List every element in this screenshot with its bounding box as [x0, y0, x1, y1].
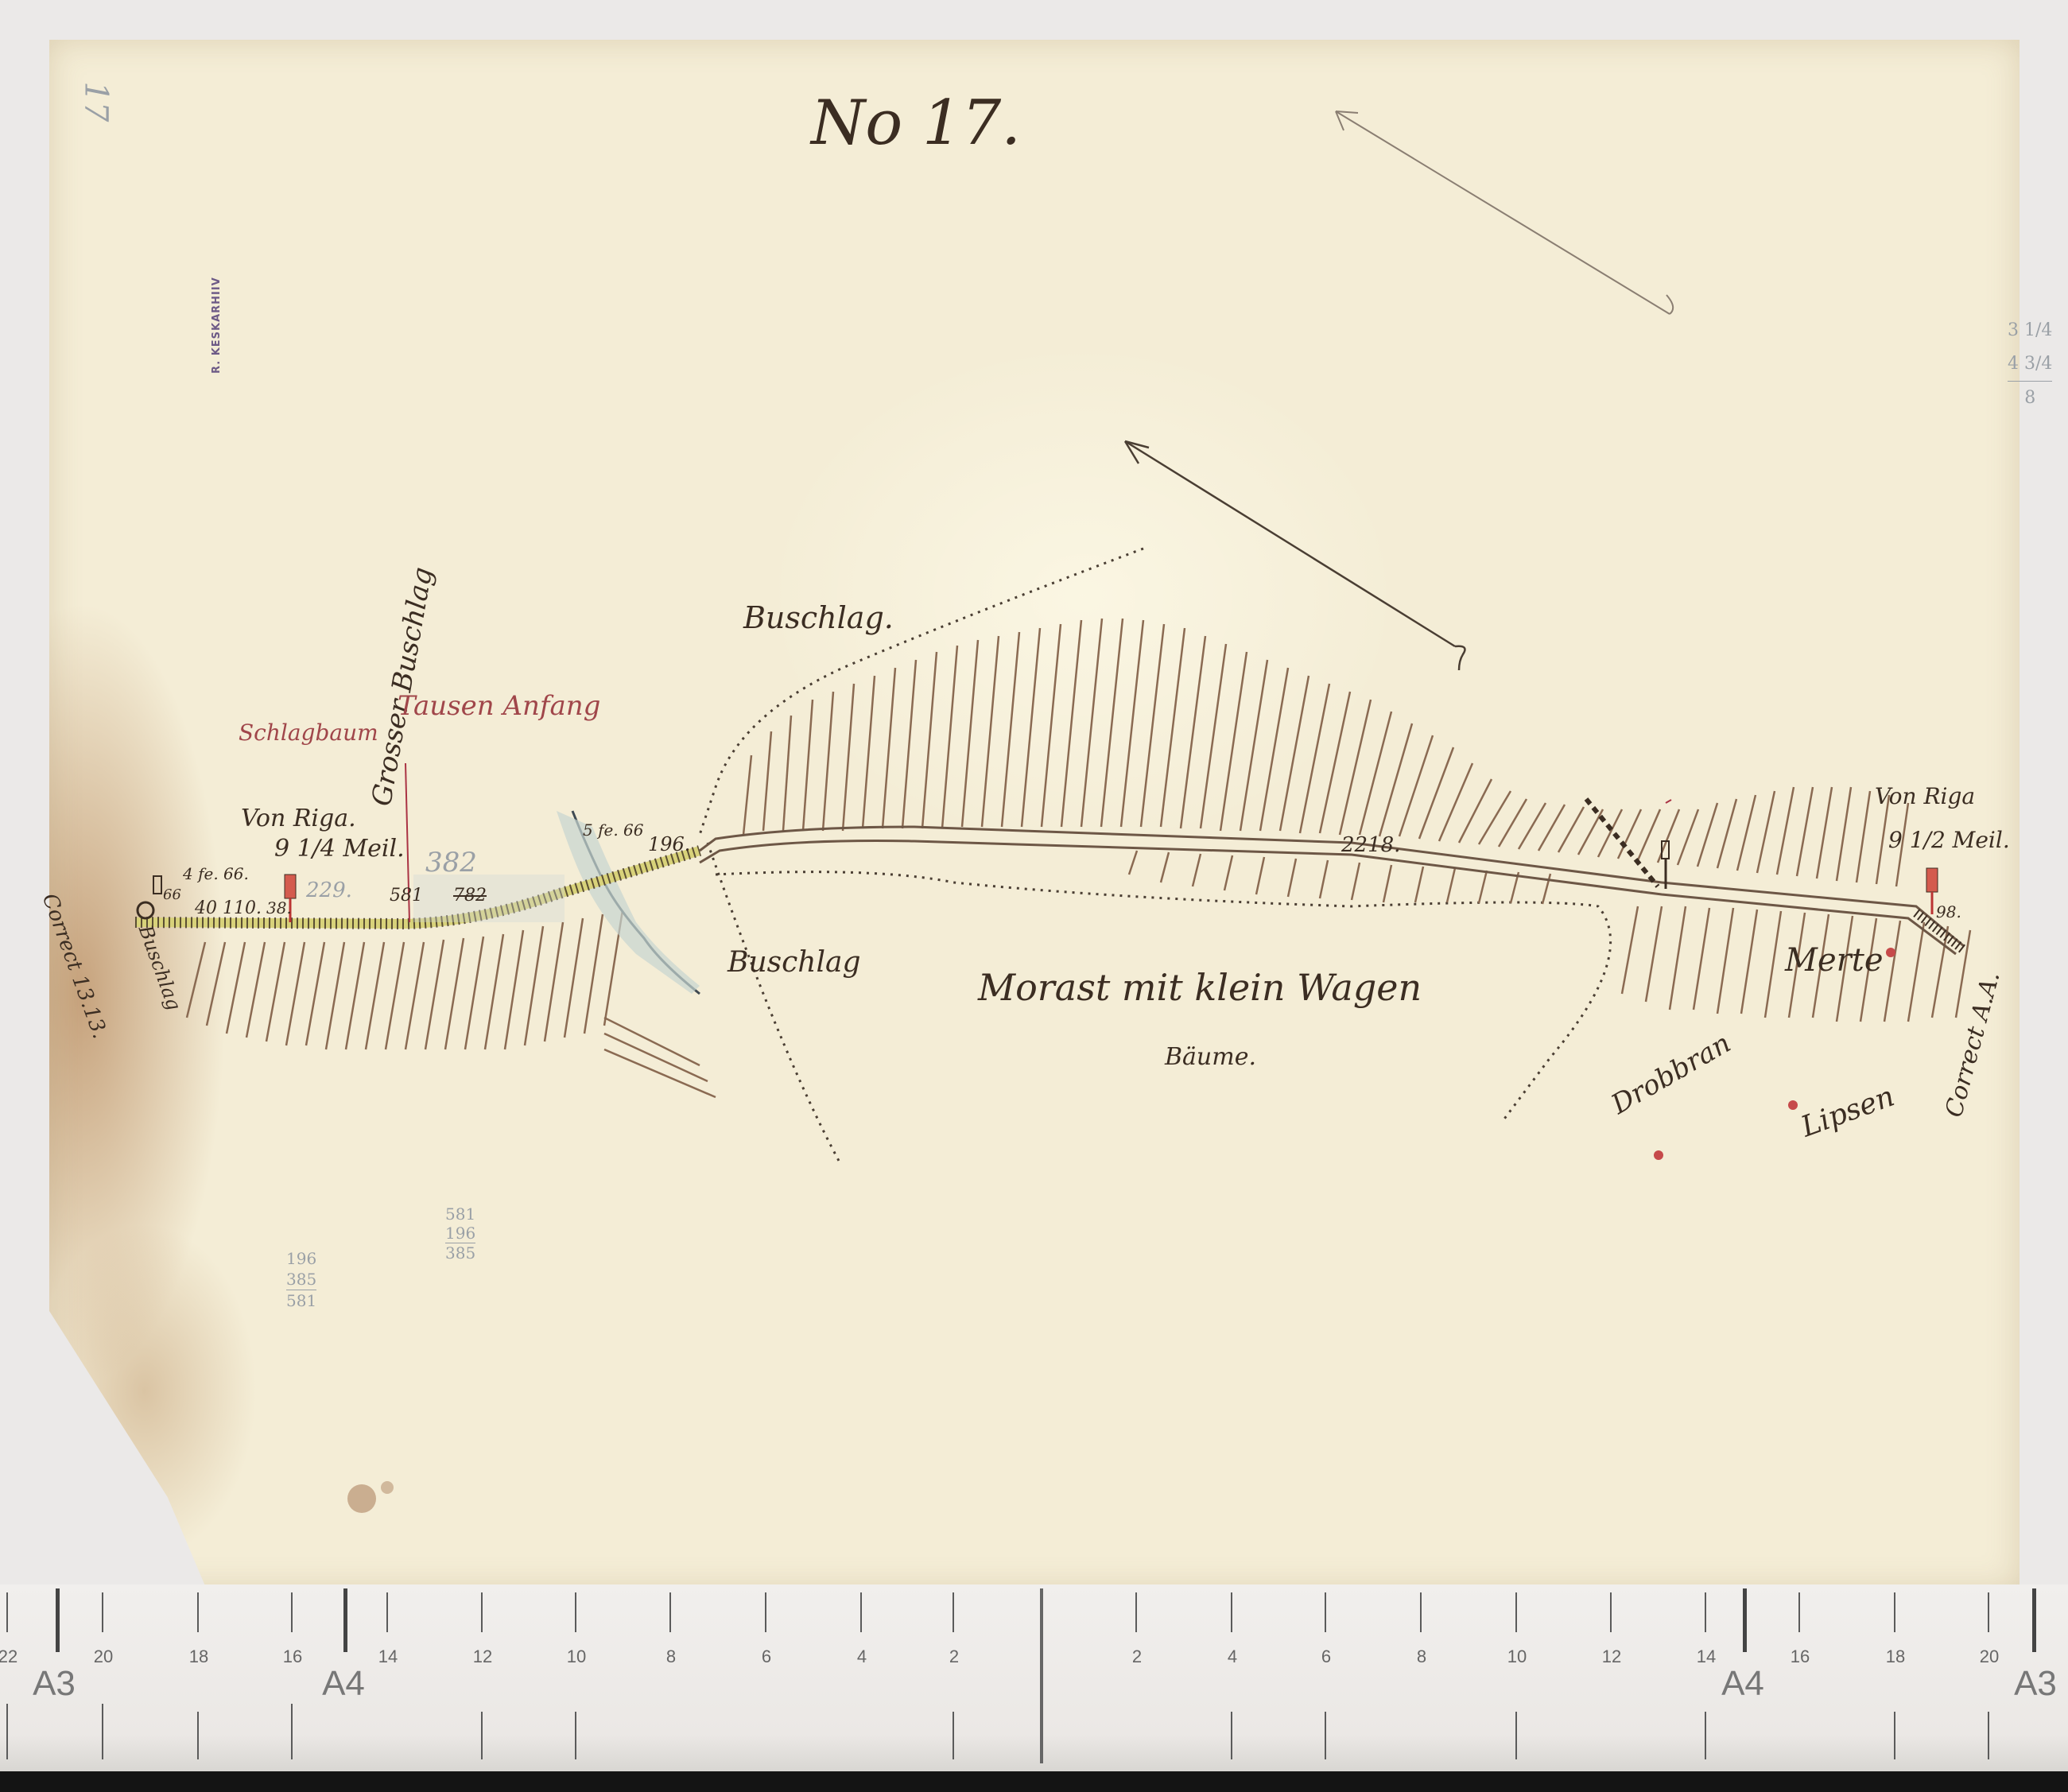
stain	[347, 1484, 376, 1513]
label-von-riga-left: Von Riga.	[241, 805, 356, 832]
village-dot-drobbran	[1654, 1150, 1663, 1160]
north-arrow-top	[1336, 111, 1673, 314]
scale-ruler: 22 20 18 16 14 12 10 8 6 4 2 2 4 6 8 10 …	[0, 1584, 2068, 1772]
distance-6: 382	[425, 847, 477, 879]
forest-hatching-upper	[743, 619, 1908, 886]
format-label-a3-left: A3	[33, 1664, 76, 1704]
archive-stamp: R. KESKARHIIV	[211, 277, 223, 374]
distance-2: 66	[163, 886, 181, 903]
label-buschlag-bottom: Buschlag	[727, 946, 860, 979]
pencil-sum-bottom-mid: 581 196 385	[445, 1204, 475, 1263]
a3-marker-left	[56, 1588, 60, 1652]
red-milestone-right	[1926, 868, 1938, 892]
scanner-edge	[0, 1771, 2068, 1792]
distance-1: 4 fe. 66.	[183, 864, 249, 883]
a3-marker-right	[2032, 1588, 2036, 1652]
ruler-center-mark	[1040, 1588, 1043, 1763]
pencil-sum-bottom-left: 196 385 581	[286, 1248, 316, 1311]
village-dot-merte	[1886, 948, 1895, 957]
format-label-a4-right: A4	[1721, 1664, 1764, 1704]
distance-7: 581	[390, 886, 423, 906]
road-main	[700, 827, 1964, 946]
distance-5: 229.	[306, 879, 352, 902]
distance-3: 40 110.	[195, 898, 262, 918]
label-tausen-anfang: Tausen Anfang	[398, 690, 600, 722]
pencil-wash	[413, 875, 565, 922]
format-label-a3-right: A3	[2014, 1664, 2057, 1704]
marsh-boundary	[700, 549, 1143, 1161]
sheet-number: No 17.	[811, 87, 1021, 159]
distance-8: 782	[453, 886, 487, 906]
label-buschlag-top: Buschlag.	[743, 600, 894, 635]
distance-4: 38.	[266, 898, 292, 917]
gate-post-left	[153, 876, 161, 894]
pencil-sum-top-right: 3 1/4 4 3/4 8	[2008, 314, 2052, 415]
label-von-riga-right: Von Riga	[1875, 783, 1975, 809]
label-von-riga-right-dist: 9 1/2 Meil.	[1888, 827, 2010, 853]
direction-arrow	[1125, 441, 1465, 670]
red-milestone-left	[285, 875, 296, 898]
label-merte: Merte	[1785, 942, 1884, 979]
format-label-a4-left: A4	[322, 1664, 365, 1704]
distance-10: 196.	[648, 833, 690, 855]
distance-9: 5 fe. 66	[583, 820, 643, 840]
distance-11: 2218.	[1341, 833, 1400, 857]
a4-marker-right	[1743, 1588, 1747, 1652]
village-dot-lipsen	[1788, 1100, 1798, 1110]
bridge-marker	[138, 902, 153, 918]
road-main-edge	[700, 841, 1956, 955]
pencil-corner-mark: 17	[77, 82, 114, 122]
label-morast: Morast mit klein Wagen	[978, 966, 1422, 1009]
label-von-riga-left-dist: 9 1/4 Meil.	[274, 835, 405, 863]
distance-12: 98.	[1936, 902, 1961, 921]
label-schlagbaum: Schlagbaum	[239, 716, 342, 751]
a4-marker-left	[343, 1588, 347, 1652]
label-baume: Bäume.	[1165, 1043, 1256, 1071]
